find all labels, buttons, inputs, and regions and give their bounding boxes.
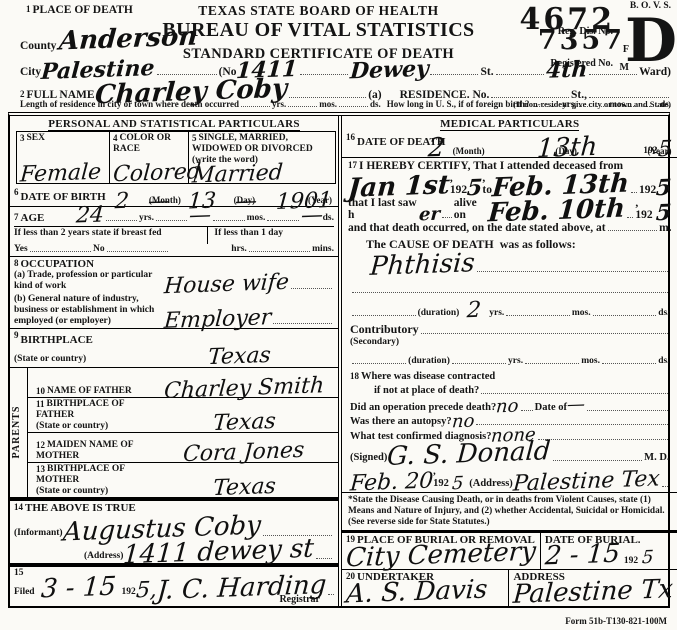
date-of-birth-section: 6DATE OF BIRTH 2 — 13 — 1901 (Month) <box>10 186 338 207</box>
dotted-line <box>579 103 608 107</box>
undertaker-address-cell: ADDRESS Palestine Tx <box>509 570 677 606</box>
marital-status-handwritten-value: Married <box>192 163 333 183</box>
date-of-death-section: 16DATE OF DEATH 2 13th 192 5 (Month) (Da… <box>342 131 677 158</box>
physician-signature-handwritten: G. S. Donald <box>387 442 552 466</box>
yrs-label: yrs. <box>562 99 576 109</box>
age-section: 7AGE 24 yrs. — mos. — ds. If less than 2… <box>10 207 338 257</box>
mother-name-row: 12MAIDEN NAME OF MOTHER Cora Jones <box>28 433 338 463</box>
dotted-line <box>452 360 506 364</box>
father-name-label: 10NAME OF FATHER <box>36 386 154 397</box>
informant-label: (Informant) <box>14 528 63 539</box>
informant-address-handwritten: 1411 dewey st <box>123 539 315 564</box>
signed-line: (Signed) G. S. Donald M. D. <box>350 445 670 464</box>
filed-year-handwritten: 5, <box>135 582 157 598</box>
spacer <box>577 146 648 156</box>
yes-no-hrs-line: Yes No hrs. mins. <box>14 244 334 255</box>
color-race-label: 4COLOR OR RACE <box>113 133 185 155</box>
filed-section: 15 Filed 3 - 15 192 5, J. C. Harding Reg… <box>10 564 338 606</box>
dotted-line <box>30 248 91 252</box>
death-certificate-document: 1PLACE OF DEATH TEXAS STATE BOARD OF HEA… <box>0 0 677 630</box>
mother-name-label: 12MAIDEN NAME OF MOTHER <box>36 440 154 462</box>
undertaker-row: 20UNDERTAKER A. S. Davis ADDRESS Palesti… <box>342 570 677 606</box>
filed-date-handwritten: 3 - 15 <box>40 577 116 598</box>
dotted-line <box>213 217 244 221</box>
dotted-line <box>156 217 187 221</box>
hrs-label: hrs. <box>231 244 247 255</box>
duration-label: (duration) <box>408 356 450 367</box>
age-label: 7AGE <box>14 212 44 224</box>
dotted-line <box>267 217 298 221</box>
occupation-section: 8OCCUPATION (a) Trade, profession or par… <box>10 257 338 329</box>
occupation-label: 8OCCUPATION <box>14 258 334 270</box>
year-handwritten: 5 <box>467 181 483 197</box>
dotted-line <box>339 103 368 107</box>
dotted-line <box>553 457 642 461</box>
sex-handwritten-value: Female <box>19 164 106 182</box>
dotted-line <box>352 289 668 293</box>
her-handwritten: er <box>418 208 440 221</box>
occupation-a-handwritten: House wife <box>163 275 289 295</box>
operation-date-handwritten: — <box>567 399 586 412</box>
mother-birthplace-label: 13BIRTHPLACE OF MOTHER(State or country) <box>36 464 154 497</box>
less-than-day-label: If less than 1 day <box>208 227 334 245</box>
dotted-line <box>608 227 657 231</box>
length-of-residence-line: Length of residence in city or town wher… <box>20 99 671 109</box>
certification-section: 17I HEREBY CERTIFY, That I attended dece… <box>342 158 677 236</box>
violent-causes-footnote: *State the Disease Causing Death, or in … <box>342 492 677 533</box>
filed-label: Filed <box>14 587 35 598</box>
mos-label: mos. <box>610 99 628 109</box>
filed-line: Filed 3 - 15 192 5, J. C. Harding <box>14 579 334 598</box>
yrs-label: yrs. <box>139 213 154 224</box>
mins-label: mins. <box>312 244 334 255</box>
informant-section: 14THE ABOVE IS TRUE (Informant) Augustus… <box>10 498 338 564</box>
disease-contracted-label: 18Where was disease contracted <box>350 371 670 383</box>
st-label: St. <box>480 66 493 78</box>
dotted-line <box>157 71 217 75</box>
day-label: (Day) <box>555 146 577 156</box>
sex-color-marital-box: 3SEX Female 4COLOR OR RACE Colored 5SING… <box>16 131 336 184</box>
duration-label: (duration) <box>418 308 460 319</box>
undertaker-handwritten: A. S. Davis <box>345 581 488 604</box>
ward-handwritten-value: 4th <box>545 62 588 79</box>
birthplace-sublabel: (State or country) <box>14 354 86 364</box>
father-name-row: 10NAME OF FATHER Charley Smith <box>28 368 338 398</box>
ds-label: ds. <box>660 99 671 109</box>
dotted-line <box>491 94 569 98</box>
board-title: TEXAS STATE BOARD OF HEALTH <box>120 3 517 19</box>
burial-year-printed: 192 <box>624 556 638 566</box>
dotted-line <box>627 214 633 218</box>
dotted-line <box>107 248 168 252</box>
occupation-b-handwritten: Employer <box>163 310 271 329</box>
ds-label: ds. <box>658 308 669 319</box>
date-of-burial-handwritten: 2 - 15 <box>544 545 620 566</box>
dotted-line <box>496 71 544 75</box>
dotted-line <box>506 312 570 316</box>
age-line: 7AGE 24 yrs. — mos. — ds. <box>14 208 334 223</box>
certificate-body: PERSONAL AND STATISTICAL PARTICULARS 3SE… <box>8 112 670 608</box>
attended-from-handwritten: Jan 1st <box>347 176 450 198</box>
md-label: M. D. <box>644 452 669 464</box>
informant-address-label: (Address) <box>84 551 123 562</box>
date-of-death-sublabels: (Month) (Day) (Year) <box>382 146 672 156</box>
disease-questions-section: 18Where was disease contracted if not at… <box>342 369 677 492</box>
date-of-burial-cell: DATE OF BURIAL. 2 - 15 192 5 <box>541 533 677 569</box>
dotted-line <box>421 330 668 334</box>
father-birthplace-label: 11BIRTHPLACE OF FATHER(State or country) <box>36 399 154 432</box>
dotted-line <box>521 407 533 411</box>
cause-of-death-section: The CAUSE OF DEATH was as follows: Phthi… <box>342 236 677 320</box>
mother-birthplace-handwritten: Texas <box>212 479 276 497</box>
yes-label: Yes <box>14 244 28 255</box>
dotted-line <box>531 103 560 107</box>
registered-stamped-number: 7357 <box>538 25 625 56</box>
mos-label: mos. <box>581 356 600 367</box>
marital-status-cell: 5SINGLE, MARRIED, WIDOWED OR DIVORCED (w… <box>189 132 335 183</box>
yrs-label: yrs. <box>489 308 504 319</box>
spacer <box>382 146 453 156</box>
how-long-label: How long in U. S., if of foreign birth? <box>387 99 530 109</box>
undertaker-address-handwritten: Palestine Tx <box>513 580 674 604</box>
father-name-handwritten: Charley Smith <box>163 378 324 399</box>
parents-rows: 10NAME OF FATHER Charley Smith 11BIRTHPL… <box>28 368 338 497</box>
year-label: (Year) <box>648 146 672 156</box>
signed-year-handwritten: 5 <box>451 477 463 490</box>
registrar-signature-handwritten: J. C. Harding <box>156 576 327 600</box>
infant-age-line: If less than 2 years state if breast fed… <box>14 226 334 245</box>
dotted-line <box>538 436 667 440</box>
year-handwritten: 5 <box>656 206 672 222</box>
burial-row: 19PLACE OF BURIAL OR REMOVAL City Cemete… <box>342 533 677 570</box>
father-birthplace-handwritten: Texas <box>212 414 276 432</box>
personal-particulars-heading: PERSONAL AND STATISTICAL PARTICULARS <box>10 116 338 131</box>
mos-label: mos. <box>247 213 266 224</box>
year-printed: , 192 <box>635 197 656 221</box>
month-label: (Month) <box>149 195 181 205</box>
spacer <box>255 195 308 205</box>
place-of-death-label: 1PLACE OF DEATH <box>26 4 133 16</box>
occupation-b-line: (b) General nature of industry, business… <box>14 294 334 327</box>
birthplace-line: 9BIRTHPLACE (State or country) Texas <box>14 330 334 366</box>
mother-name-handwritten: Cora Jones <box>183 443 305 463</box>
dotted-line <box>289 94 367 98</box>
dotted-line <box>589 71 637 75</box>
contributory-duration-line: (duration) yrs. mos. ds. <box>350 356 670 367</box>
cause-duration-line: (duration) 2 yrs. mos. ds. <box>350 303 670 319</box>
certificate-title: STANDARD CERTIFICATE OF DEATH <box>120 46 517 63</box>
above-is-true-label: 14THE ABOVE IS TRUE <box>14 502 334 514</box>
signed-address-handwritten: Palestine Tex <box>512 471 660 492</box>
not-at-place-label: if not at place of death? <box>374 385 479 397</box>
dotted-line <box>300 71 348 75</box>
dotted-line <box>249 248 310 252</box>
dotted-line <box>241 103 270 107</box>
city-handwritten-value: Palestine <box>41 61 155 80</box>
father-birthplace-row: 11BIRTHPLACE OF FATHER(State or country)… <box>28 398 338 433</box>
operation-date-label: Date of <box>535 402 567 414</box>
dotted-line <box>291 285 332 289</box>
operation-answer-handwritten: no <box>496 401 519 414</box>
autopsy-label: Was there an autopsy? <box>350 416 452 428</box>
bureau-title: BUREAU OF VITAL STATISTICS <box>120 19 517 42</box>
ward-label: Ward) <box>639 66 671 78</box>
undertaker-cell: 20UNDERTAKER A. S. Davis <box>342 570 509 606</box>
sex-cell: 3SEX Female <box>17 132 110 183</box>
date-of-birth-sublabels: (Month) (Day) (Year) <box>96 195 332 205</box>
occupation-a-label: (a) Trade, profession or particular kind… <box>14 270 164 292</box>
form-number: Form 51b-T130-821-100M <box>565 616 667 626</box>
yrs-label: yrs. <box>508 356 523 367</box>
sex-label: 3SEX <box>20 133 106 144</box>
year-printed: 192 <box>639 184 656 196</box>
dotted-line <box>525 360 579 364</box>
burial-year-handwritten: 5 <box>642 552 654 565</box>
date-of-birth-label: 6DATE OF BIRTH <box>14 191 106 203</box>
no-label: No <box>93 244 105 255</box>
year-handwritten: 5 <box>656 181 672 197</box>
birthplace-label-block: 9BIRTHPLACE (State or country) <box>14 330 144 366</box>
dotted-line <box>629 103 658 107</box>
cause-duration-handwritten: 2 <box>467 302 482 318</box>
parents-section: PARENTS 10NAME OF FATHER Charley Smith 1… <box>10 368 338 498</box>
f-stamp-letter: F <box>623 44 629 55</box>
cause-of-death-handwritten: Phthisis <box>369 255 475 277</box>
dotted-line <box>589 94 669 98</box>
contributory-line: Contributory <box>350 322 670 337</box>
age-days-handwritten: — <box>300 208 323 224</box>
ds-label: ds. <box>370 99 381 109</box>
color-race-handwritten-value: Colored <box>112 164 185 182</box>
birthplace-section: 9BIRTHPLACE (State or country) Texas <box>10 329 338 368</box>
personal-particulars-column: PERSONAL AND STATISTICAL PARTICULARS 3SE… <box>10 116 338 606</box>
parents-vertical-label: PARENTS <box>10 368 28 497</box>
occupation-b-label: (b) General nature of industry, business… <box>14 294 164 327</box>
contributory-section: Contributory (Secondary) (duration) yrs.… <box>342 320 677 369</box>
ds-label: ds. <box>658 356 669 367</box>
not-at-place-line: if not at place of death? <box>374 385 670 397</box>
filed-year-printed: 192 <box>122 587 136 598</box>
length-label: Length of residence in city or town wher… <box>20 99 239 109</box>
breastfed-label: If less than 2 years state if breast fed <box>14 227 208 245</box>
mother-birthplace-row: 13BIRTHPLACE OF MOTHER(State or country)… <box>28 463 338 497</box>
last-saw-date-handwritten: Feb. 10th <box>488 200 626 223</box>
autopsy-answer-handwritten: no <box>451 415 474 428</box>
contributory-label: Contributory <box>350 322 419 337</box>
dotted-line <box>631 189 637 193</box>
dotted-line <box>328 591 334 595</box>
dotted-line <box>316 555 332 559</box>
dotted-line <box>602 360 656 364</box>
dotted-line <box>587 407 667 411</box>
mos-label: mos. <box>319 99 337 109</box>
signed-date-line: Feb. 20 , 192 5 (Address) Palestine Tex <box>350 466 670 490</box>
dotted-line <box>352 312 416 316</box>
dotted-line <box>288 103 317 107</box>
dotted-line <box>662 483 668 487</box>
medical-particulars-heading: MEDICAL PARTICULARS <box>342 116 677 131</box>
age-months-handwritten: — <box>189 208 212 224</box>
age-years-handwritten: 24 <box>75 208 104 224</box>
certificate-header: 1PLACE OF DEATH TEXAS STATE BOARD OF HEA… <box>0 0 677 112</box>
medical-particulars-column: MEDICAL PARTICULARS 16DATE OF DEATH 2 13… <box>338 116 677 606</box>
year-printed: , 192 <box>450 172 467 196</box>
county-label: County <box>20 40 56 52</box>
operation-line: Did an operation precede death? no Date … <box>350 399 670 414</box>
dotted-line <box>352 360 406 364</box>
signed-address-label: (Address) <box>469 478 513 490</box>
dotted-line <box>593 312 657 316</box>
city-line: City Palestine (No 1411 Dewey St. 4th Wa… <box>20 63 671 78</box>
color-race-cell: 4COLOR OR RACE Colored <box>110 132 189 183</box>
section-number: 1 <box>26 4 31 14</box>
yrs-label: yrs. <box>272 99 286 109</box>
secondary-label: (Secondary) <box>350 337 670 348</box>
month-label: (Month) <box>453 146 485 156</box>
to-label: , to <box>482 172 492 196</box>
spacer <box>485 146 556 156</box>
cause-value-line: Phthisis <box>350 252 670 274</box>
city-label: City <box>20 66 41 78</box>
signed-label: (Signed) <box>350 452 387 464</box>
birthplace-handwritten: Texas <box>207 347 271 365</box>
place-of-burial-handwritten: City Cemetery <box>345 543 536 568</box>
occupation-a-line: (a) Trade, profession or particular kind… <box>14 270 334 292</box>
dotted-line <box>477 268 668 272</box>
dotted-line <box>430 71 478 75</box>
signed-date-handwritten: Feb. 20 <box>349 473 433 491</box>
day-label: (Day) <box>234 195 256 205</box>
street-handwritten-value: Dewey <box>349 62 429 80</box>
place-of-burial-cell: 19PLACE OF BURIAL OR REMOVAL City Cemete… <box>342 533 541 569</box>
dotted-line <box>442 214 452 218</box>
dotted-line <box>106 217 137 221</box>
mos-label: mos. <box>572 308 591 319</box>
d-stamp-letter: D <box>625 14 677 68</box>
ds-label: ds. <box>323 213 334 224</box>
dotted-line <box>273 320 332 324</box>
